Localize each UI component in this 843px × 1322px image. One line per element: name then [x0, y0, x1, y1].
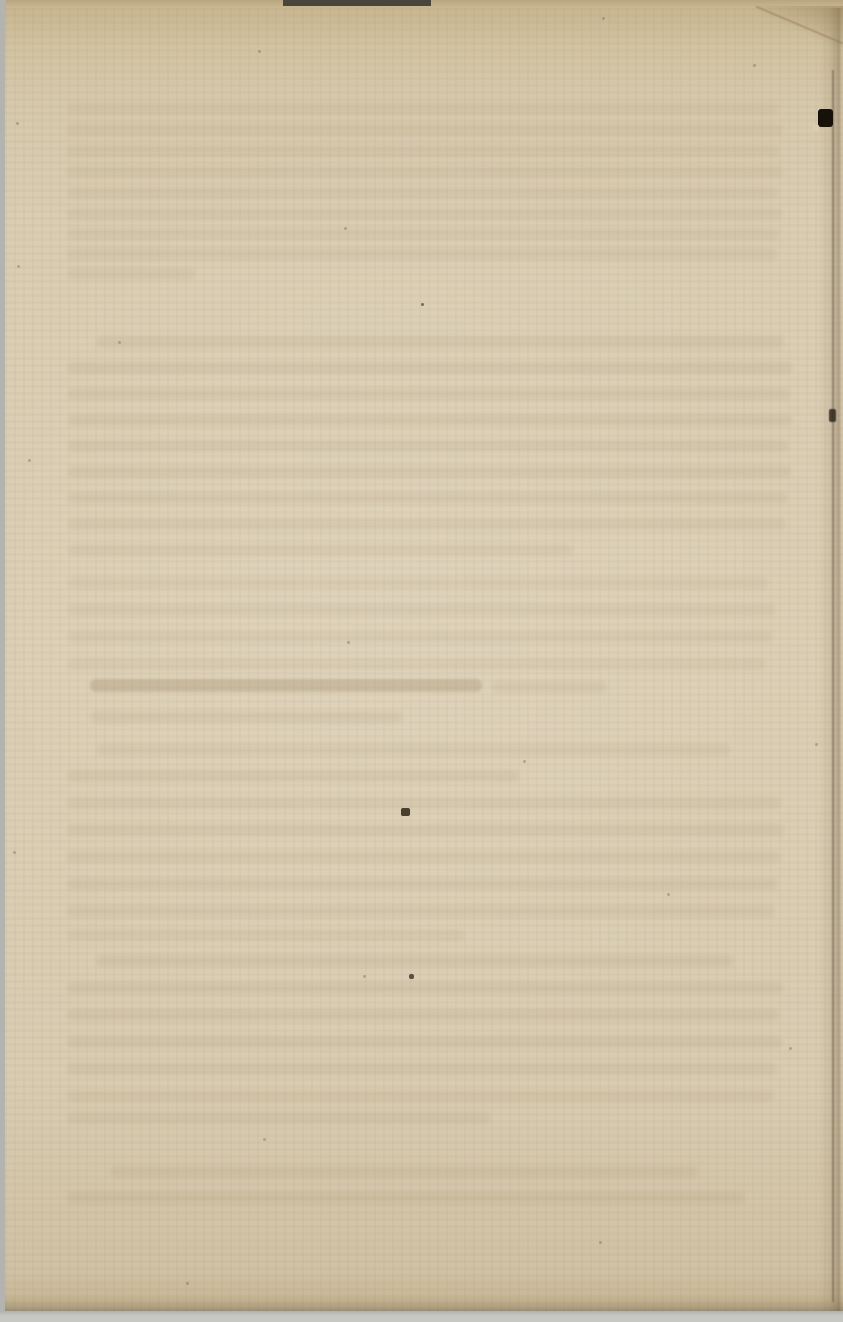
paper-speck: [789, 1047, 792, 1050]
paper-speck: [118, 341, 121, 344]
paper-speck: [17, 265, 20, 268]
scanned-document-page: [0, 0, 843, 1322]
paper-speck: [28, 459, 31, 462]
paper-speck: [344, 227, 347, 230]
scanner-background-bottom: [0, 1311, 843, 1322]
paper-speck: [13, 851, 16, 854]
paper-speck: [523, 760, 526, 763]
paper-speck: [263, 1138, 266, 1141]
paper-speck: [753, 64, 756, 67]
paper-speck: [815, 743, 818, 746]
paper-speck: [186, 1282, 189, 1285]
paper-speck: [258, 50, 261, 53]
paper-speck: [602, 17, 605, 20]
paper-speck: [16, 122, 19, 125]
paper-speck: [667, 893, 670, 896]
paper-speck: [363, 975, 366, 978]
paper-speck: [347, 641, 350, 644]
paper-specks-layer: [0, 0, 843, 1322]
paper-speck: [599, 1241, 602, 1244]
